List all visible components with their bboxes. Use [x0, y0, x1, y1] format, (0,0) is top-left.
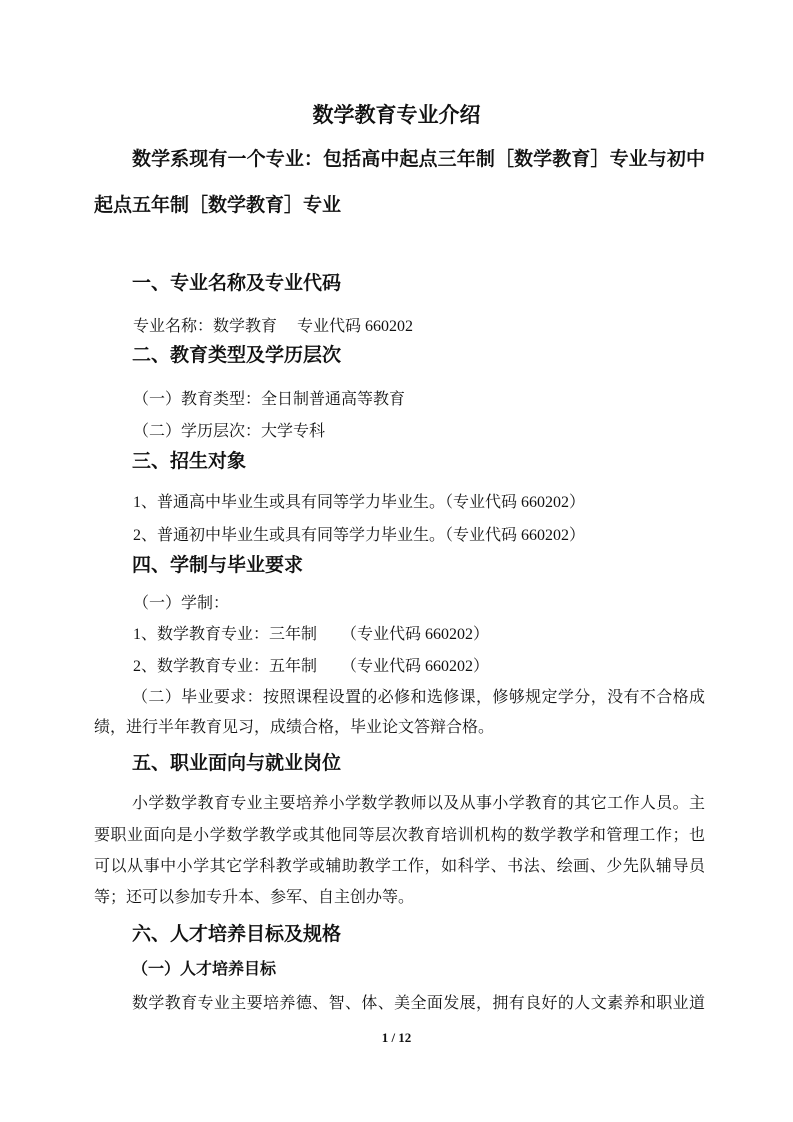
heading-section-6: 六、人才培养目标及规格	[132, 924, 341, 946]
body-line-career-1: 小学数学教育专业主要培养小学数学教师以及从事小学教育的其它工作人员。主	[94, 795, 705, 813]
body-line-enrollee-1: 1、普通高中毕业生或具有同等学力毕业生。（专业代码 660202）	[133, 494, 585, 512]
intro-line-2: 起点五年制［数学教育］专业	[94, 195, 341, 217]
body-line-career-3: 可以从事中小学其它学科教学或辅助教学工作，如科学、书法、绘画、少先队辅导员	[94, 858, 705, 876]
body-line-schooling-label: （一）学制：	[133, 595, 229, 613]
document-title: 数学教育专业介绍	[0, 103, 793, 127]
heading-section-2: 二、教育类型及学历层次	[132, 345, 341, 367]
heading-section-1: 一、专业名称及专业代码	[132, 273, 341, 295]
body-line-schooling-2: 2、数学教育专业：五年制 （专业代码 660202）	[133, 658, 489, 676]
body-line-enrollee-2: 2、普通初中毕业生或具有同等学力毕业生。（专业代码 660202）	[133, 527, 585, 545]
body-line-schooling-1: 1、数学教育专业：三年制 （专业代码 660202）	[133, 626, 489, 644]
body-line-graduation-req-1: （二）毕业要求：按照课程设置的必修和选修课，修够规定学分，没有不合格成	[94, 689, 705, 707]
intro-line-1: 数学系现有一个专业：包括高中起点三年制［数学教育］专业与初中	[94, 149, 705, 171]
document-page: 数学教育专业介绍 数学系现有一个专业：包括高中起点三年制［数学教育］专业与初中 …	[0, 0, 793, 1122]
body-line-training-goal-1: 数学教育专业主要培养德、智、体、美全面发展，拥有良好的人文素养和职业道	[94, 995, 705, 1013]
body-line-education-type: （一）教育类型：全日制普通高等教育	[133, 391, 405, 409]
body-line-graduation-req-2: 绩，进行半年教育见习，成绩合格，毕业论文答辩合格。	[94, 719, 494, 737]
subheading-training-goal: （一）人才培养目标	[132, 961, 276, 979]
body-line-major-name-code: 专业名称：数学教育 专业代码 660202	[133, 318, 413, 336]
body-line-career-4: 等；还可以参加专升本、参军、自主创办等。	[94, 889, 414, 907]
page-number: 1 / 12	[0, 1031, 793, 1046]
heading-section-4: 四、学制与毕业要求	[132, 555, 303, 577]
body-line-career-2: 要职业面向是小学数学教学或其他同等层次教育培训机构的数学教学和管理工作；也	[94, 827, 705, 845]
body-line-degree-level: （二）学历层次：大学专科	[133, 423, 325, 441]
heading-section-3: 三、招生对象	[132, 451, 246, 473]
heading-section-5: 五、职业面向与就业岗位	[132, 753, 341, 775]
